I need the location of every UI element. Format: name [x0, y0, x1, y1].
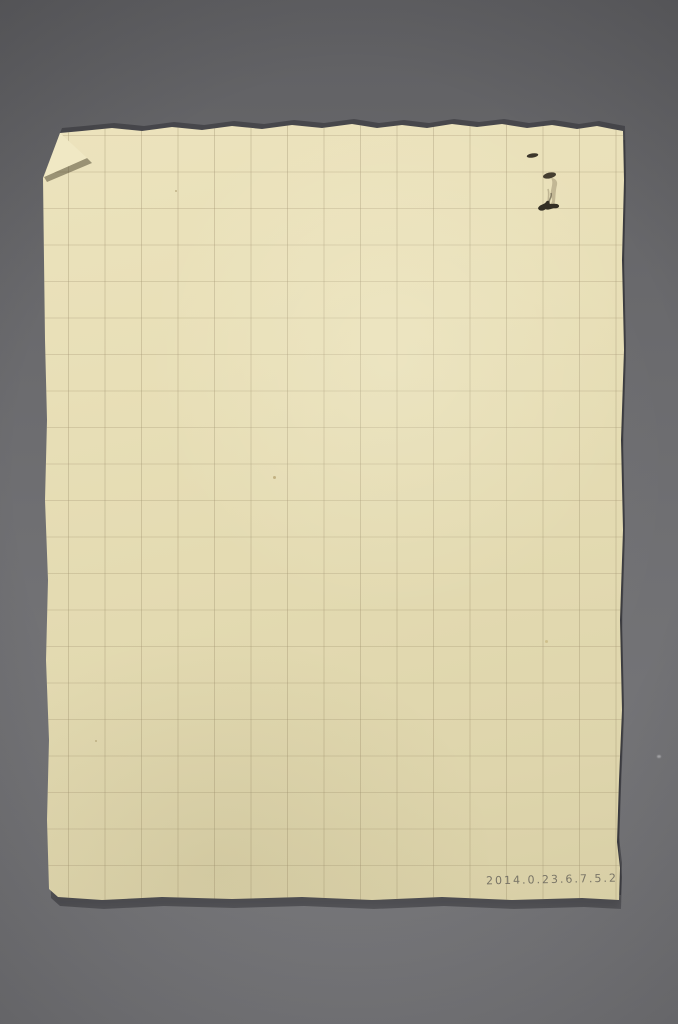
ink-blot-icon: [505, 145, 565, 225]
accession-number: 2014.0.23.6.7.5.2: [486, 872, 616, 888]
paper-surface: 2014.0.23.6.7.5.2: [42, 120, 626, 906]
photograph: 2014.0.23.6.7.5.2: [0, 0, 678, 1024]
foxing-speck: [175, 190, 177, 192]
foxing-speck: [95, 740, 97, 742]
foxing-speck: [273, 476, 276, 479]
paper-shading: [42, 120, 626, 906]
foxing-speck: [545, 640, 548, 643]
paper-sheet: 2014.0.23.6.7.5.2: [42, 120, 626, 906]
dust-speck: [657, 755, 661, 758]
